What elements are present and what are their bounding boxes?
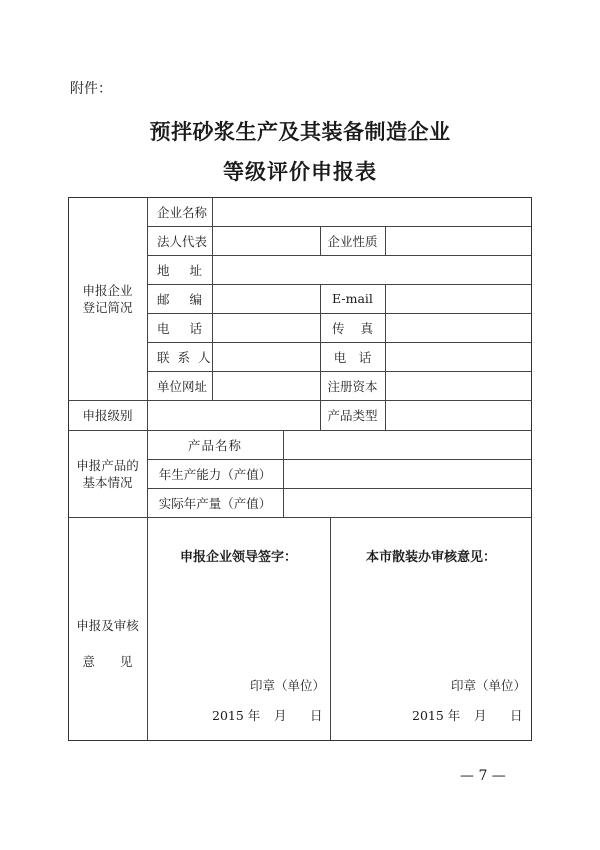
product-type-label: 产品类型: [320, 400, 385, 430]
attachment-label: 附件：: [70, 78, 112, 98]
section-label-registration: 申报企业 登记简况: [68, 197, 147, 400]
label-char: 地: [157, 261, 170, 279]
form-title-line2: 等级评价申报表: [0, 156, 600, 186]
phone-label: 电 话: [147, 313, 212, 342]
fax-label: 传 真: [320, 313, 385, 342]
annual-capacity-label: 年生产能力（产值）: [147, 459, 283, 488]
registered-capital-label: 注册资本: [320, 371, 385, 400]
applicant-date: 2015 年 月 日: [212, 706, 330, 724]
registered-capital-field[interactable]: [386, 372, 530, 400]
date-day: 日: [510, 706, 523, 724]
section-label-line: 申报企业: [82, 282, 132, 299]
section-label-line: 申报及审核: [76, 608, 139, 644]
product-name-label: 产品名称: [147, 430, 283, 459]
contact-label: 联 系 人: [147, 342, 212, 371]
label-char: 电: [157, 319, 170, 337]
company-name-field[interactable]: [213, 198, 530, 226]
legal-rep-field[interactable]: [213, 227, 320, 255]
postcode-field[interactable]: [213, 285, 320, 313]
phone-field[interactable]: [213, 314, 320, 342]
section-label-line: 意 见: [82, 644, 132, 680]
date-month: 月: [474, 706, 510, 724]
label-char: 编: [189, 290, 202, 308]
reviewer-date: 2015 年 月 日: [412, 706, 530, 724]
contact-phone-field[interactable]: [386, 343, 530, 371]
postcode-label: 邮 编: [147, 284, 212, 313]
address-label: 地 址: [147, 255, 212, 284]
section-label-line: 基本情况: [82, 474, 132, 491]
label-char: 话: [189, 319, 202, 337]
company-name-label: 企业名称: [147, 197, 212, 226]
label-char: 真: [360, 319, 373, 337]
page-number: — 7 —: [460, 768, 506, 784]
fax-field[interactable]: [386, 314, 530, 342]
website-field[interactable]: [213, 372, 320, 400]
product-type-field[interactable]: [386, 401, 530, 430]
section-label-product: 申报产品的 基本情况: [68, 430, 147, 517]
section-label-line: 登记简况: [82, 299, 132, 316]
contact-field[interactable]: [213, 343, 320, 371]
date-month: 月: [274, 706, 310, 724]
application-level-field[interactable]: [148, 401, 320, 430]
date-year: 2015 年: [212, 706, 274, 724]
form-title-line1: 预拌砂浆生产及其装备制造企业: [0, 116, 600, 146]
actual-output-label: 实际年产量（产值）: [147, 488, 283, 517]
date-year: 2015 年: [412, 706, 474, 724]
applicant-signature-heading: 申报企业领导签字：: [147, 545, 330, 565]
label-char: 址: [189, 261, 202, 279]
label-char: 传: [332, 319, 345, 337]
email-label: E-mail: [320, 284, 385, 313]
section-label-line: 申报产品的: [76, 457, 139, 474]
contact-phone-label: 电 话: [320, 342, 385, 371]
product-name-field[interactable]: [284, 431, 530, 459]
email-field[interactable]: [386, 285, 530, 313]
annual-capacity-field[interactable]: [284, 460, 530, 488]
legal-rep-label: 法人代表: [147, 226, 212, 255]
section-label-review: 申报及审核 意 见: [68, 517, 147, 740]
address-field[interactable]: [213, 256, 530, 284]
date-day: 日: [310, 706, 323, 724]
reviewer-seal-label: 印章（单位）: [451, 676, 531, 694]
label-char: 邮: [157, 290, 170, 308]
applicant-seal-label: 印章（单位）: [250, 676, 330, 694]
actual-output-field[interactable]: [284, 489, 530, 517]
company-type-label: 企业性质: [320, 226, 385, 255]
website-label: 单位网址: [147, 371, 212, 400]
application-level-label: 申报级别: [68, 400, 147, 430]
reviewer-opinion-heading: 本市散装办审核意见：: [331, 545, 531, 565]
company-type-field[interactable]: [386, 227, 530, 255]
